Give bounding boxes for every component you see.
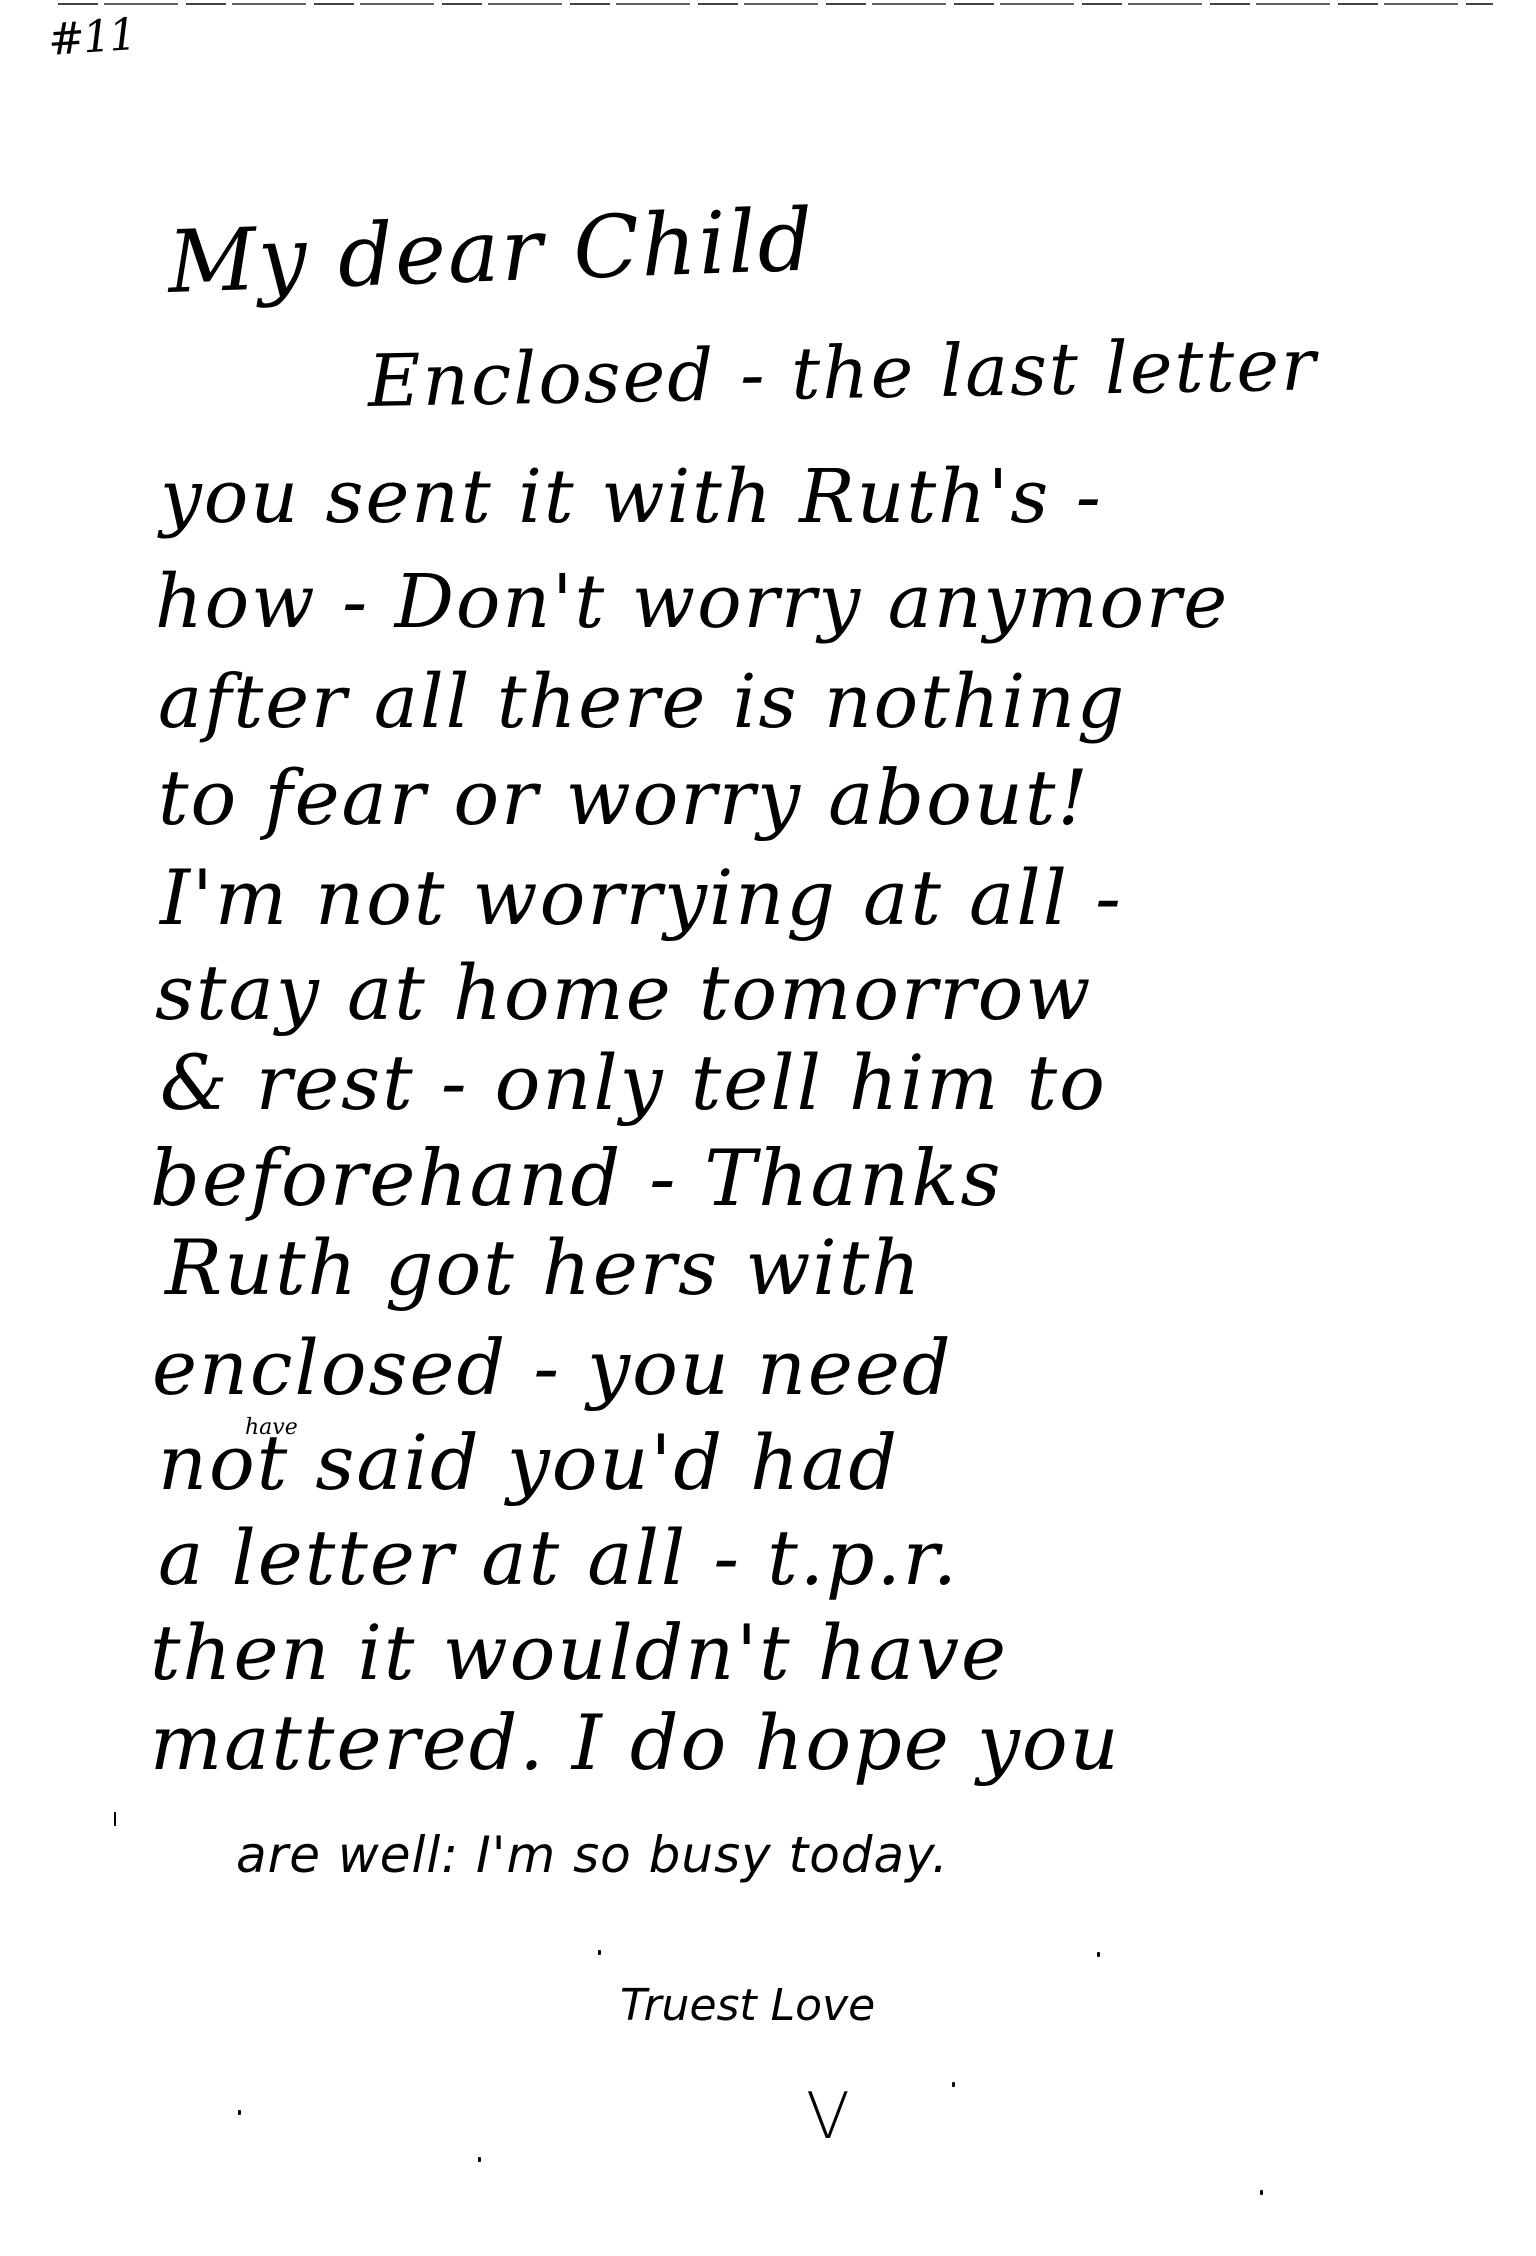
letter-line-10: Ruth got hers with bbox=[165, 1230, 922, 1306]
scan-speck bbox=[952, 2082, 955, 2087]
scan-speck bbox=[1097, 1952, 1100, 1957]
letter-line-8: & rest - only tell him to bbox=[160, 1045, 1107, 1121]
letter-line-11: enclosed - you need bbox=[152, 1330, 953, 1406]
letter-line-5: to fear or worry about! bbox=[158, 760, 1090, 836]
handwritten-letter: My dear Child Enclosed - the last letter… bbox=[0, 0, 1536, 2256]
letter-line-6: I'm not worrying at all - bbox=[160, 860, 1123, 936]
letter-line-2: you sent it with Ruth's - bbox=[160, 460, 1103, 534]
letter-line-9: beforehand - Thanks bbox=[150, 1140, 1003, 1218]
closing: Truest Love bbox=[620, 1980, 875, 2031]
letter-final-line: are well: I'm so busy today. bbox=[236, 1830, 949, 1880]
salutation: My dear Child bbox=[166, 197, 816, 306]
scan-speck bbox=[598, 1950, 601, 1955]
letter-line-15: mattered. I do hope you bbox=[150, 1705, 1121, 1781]
letter-line-7: stay at home tomorrow bbox=[155, 955, 1092, 1031]
margin-mark bbox=[114, 1812, 116, 1826]
scan-speck bbox=[1260, 2190, 1263, 2195]
scan-speck bbox=[238, 2110, 241, 2115]
letter-line-12: not said you'd had bbox=[158, 1425, 899, 1501]
signature: V bbox=[806, 2080, 850, 2154]
letter-line-13: a letter at all - t.p.r. bbox=[158, 1520, 959, 1596]
letter-line-3: how - Don't worry anymore bbox=[155, 565, 1229, 639]
letter-line-4: after all there is nothing bbox=[158, 665, 1126, 739]
letter-line-1: Enclosed - the last letter bbox=[367, 328, 1318, 417]
letter-line-14: then it wouldn't have bbox=[150, 1615, 1008, 1691]
scan-speck bbox=[478, 2157, 481, 2162]
